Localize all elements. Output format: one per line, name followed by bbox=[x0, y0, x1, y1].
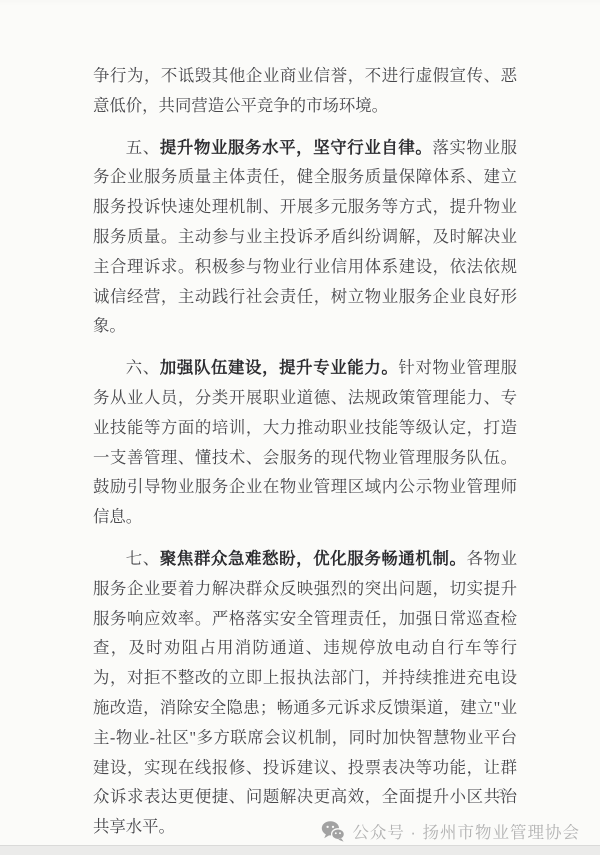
paragraph-item-5: 五、提升物业服务水平，坚守行业自律。落实物业服务企业服务质量主体责任，健全服务质… bbox=[93, 133, 517, 342]
item-heading: 聚焦群众急难愁盼，优化服务畅通机制。 bbox=[160, 549, 467, 568]
wechat-icon bbox=[321, 820, 345, 842]
item-body: 落实物业服务企业服务质量主体责任，健全服务质量保障体系、建立服务投诉快速处理机制… bbox=[93, 138, 517, 336]
watermark: 公众号 · 扬州市物业管理协会 bbox=[321, 818, 580, 844]
item-heading: 提升物业服务水平，坚守行业自律。 bbox=[160, 138, 433, 157]
paragraph-item-6: 六、加强队伍建设，提升专业能力。针对物业管理服务从业人员，分类开展职业道德、法规… bbox=[93, 353, 517, 532]
document-body: 争行为，不诋毁其他企业商业信誉，不进行虚假宣传、恶意低价，共同营造公平竞争的市场… bbox=[93, 61, 517, 854]
item-number: 六、 bbox=[126, 358, 160, 377]
item-body: 各物业服务企业要着力解决群众反映强烈的突出问题，切实提升服务响应效率。严格落实安… bbox=[93, 549, 517, 836]
item-body: 针对物业管理服务从业人员，分类开展职业道德、法规政策管理能力、专业技能等方面的培… bbox=[93, 358, 517, 526]
item-heading: 加强队伍建设，提升专业能力。 bbox=[160, 358, 399, 377]
paragraph-item-7: 七、聚焦群众急难愁盼，优化服务畅通机制。各物业服务企业要着力解决群众反映强烈的突… bbox=[93, 544, 517, 842]
item-number: 七、 bbox=[126, 549, 160, 568]
watermark-text: 公众号 · 扬州市物业管理协会 bbox=[352, 819, 580, 843]
page-bottom-edge bbox=[0, 845, 600, 855]
page-number: - 3 - bbox=[487, 786, 517, 801]
item-number: 五、 bbox=[126, 138, 160, 157]
document-page: 争行为，不诋毁其他企业商业信誉，不进行虚假宣传、恶意低价，共同营造公平竞争的市场… bbox=[0, 0, 600, 855]
paragraph-continuation: 争行为，不诋毁其他企业商业信誉，不进行虚假宣传、恶意低价，共同营造公平竞争的市场… bbox=[93, 61, 517, 121]
